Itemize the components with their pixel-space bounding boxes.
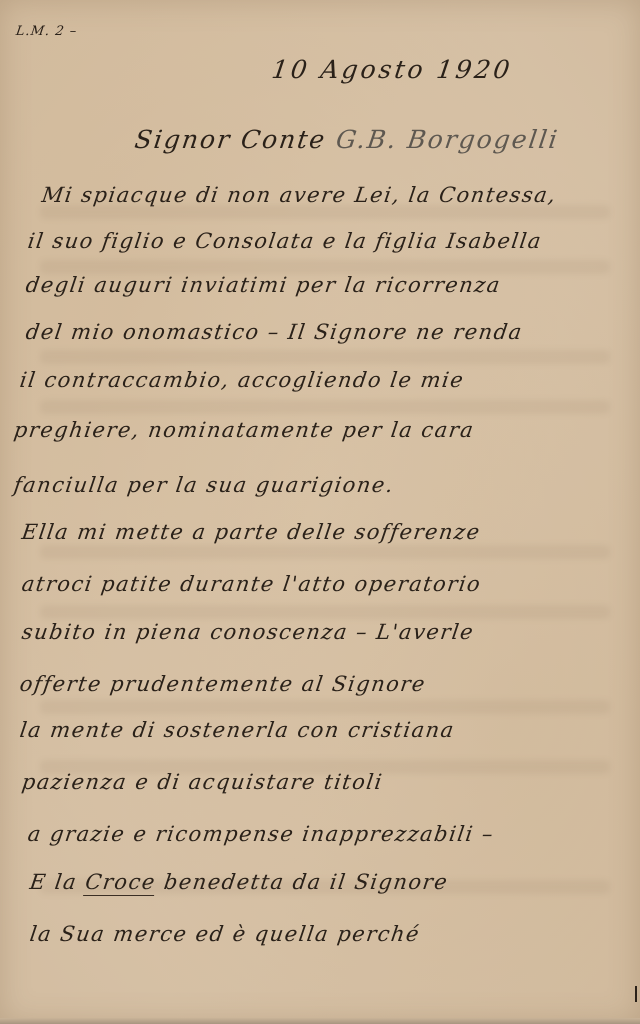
paper-bottom-edge — [0, 1018, 640, 1024]
body-text: E la — [28, 870, 87, 894]
ink-bleed-through — [40, 205, 610, 219]
recipient-name: G.B. Borgogelli — [334, 125, 561, 154]
ink-bleed-through — [40, 260, 610, 274]
salutation: Signor Conte G.B. Borgogelli — [133, 125, 561, 154]
salutation-prefix: Signor Conte — [133, 125, 328, 154]
ink-bleed-through — [40, 700, 610, 714]
body-line: il suo figlio e Consolata e la figlia Is… — [26, 229, 543, 253]
underlined-word: Croce — [83, 870, 157, 896]
body-line: degli auguri inviatimi per la ricorrenza — [24, 273, 502, 297]
body-line: pazienza e di acquistare titoli — [20, 770, 384, 794]
body-line: Mi spiacque di non avere Lei, la Contess… — [40, 183, 558, 207]
body-text: benedetta da il Signore — [154, 870, 450, 894]
ink-bleed-through — [40, 605, 610, 619]
body-line: il contraccambio, accogliendo le mie — [18, 368, 466, 392]
ink-bleed-through — [40, 350, 610, 364]
ink-bleed-through — [40, 400, 610, 414]
corner-note: L.M. 2 – — [15, 24, 78, 39]
body-line: la mente di sostenerla con cristiana — [18, 718, 456, 742]
body-line: a grazie e ricompense inapprezzabili – — [26, 822, 495, 846]
letter-sheet: L.M. 2 – 10 Agosto 1920 Signor Conte G.B… — [0, 0, 640, 1024]
body-line: offerte prudentemente al Signore — [18, 672, 427, 696]
body-line-with-underline: E la Croce benedetta da il Signore — [28, 870, 450, 894]
body-line: fanciulla per la sua guarigione. — [12, 473, 395, 497]
body-line: del mio onomastico – Il Signore ne renda — [24, 320, 524, 344]
body-line: atroci patite durante l'atto operatorio — [20, 572, 483, 596]
body-line: Ella mi mette a parte delle sofferenze — [20, 520, 482, 544]
ink-bleed-through — [40, 545, 610, 559]
letter-date: 10 Agosto 1920 — [270, 55, 514, 84]
edge-mark — [635, 986, 637, 1002]
body-line: subito in piena conoscenza – L'averle — [20, 620, 476, 644]
body-line: preghiere, nominatamente per la cara — [12, 418, 476, 442]
body-line: la Sua merce ed è quella perché — [28, 922, 421, 946]
